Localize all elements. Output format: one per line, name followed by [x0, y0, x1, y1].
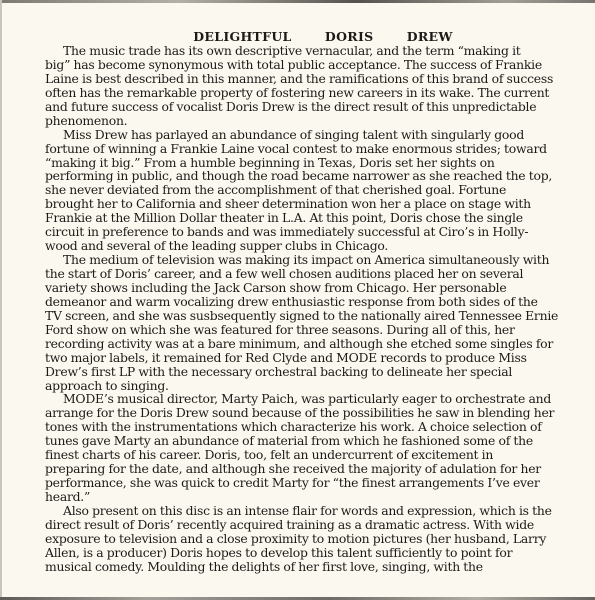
page-top-edge — [0, 0, 595, 3]
text-line: and future success of vocalist Doris Dre… — [45, 100, 565, 114]
text-line: often has the remarkable property of fos… — [45, 86, 565, 100]
text-line: demeanor and warm vocalizing drew enthus… — [45, 295, 565, 309]
text-line: Ford show on which she was featured for … — [45, 323, 565, 337]
text-line: variety shows including the Jack Carson … — [45, 281, 565, 295]
text-line: direct result of Doris’ recently acquire… — [45, 518, 565, 532]
text-line: finest charts of his career. Doris, too,… — [45, 448, 565, 462]
text-line: exposure to television and a close proxi… — [45, 532, 565, 546]
text-line: tones with the instrumentations which ch… — [45, 420, 565, 434]
text-line: arrange for the Doris Drew sound because… — [45, 406, 565, 420]
text-line: two major labels, it remained for Red Cl… — [45, 351, 565, 365]
text-line: Also present on this disc is an intense … — [45, 504, 565, 518]
text-line: Allen, is a producer) Doris hopes to dev… — [45, 546, 565, 560]
text-line: musical comedy. Moulding the delights of… — [45, 560, 565, 574]
paragraph: Miss Drew has parlayed an abundance of s… — [45, 128, 565, 253]
text-line: heard.” — [45, 490, 565, 504]
text-line: circuit in preference to bands and was i… — [45, 225, 565, 239]
text-line: fortune of winning a Frankie Laine vocal… — [45, 142, 565, 156]
text-line: TV screen, and she was susbsequently sig… — [45, 309, 565, 323]
text-line: approach to singing. — [45, 379, 565, 393]
text-line: Laine is best described in this manner, … — [45, 72, 565, 86]
text-line: recording activity was at a bare minimum… — [45, 337, 565, 351]
text-line: brought her to California and sheer dete… — [45, 197, 565, 211]
page-left-edge — [0, 0, 2, 600]
body-text: The music trade has its own descriptive … — [45, 44, 565, 574]
text-line: Drew’s first LP with the necessary orche… — [45, 365, 565, 379]
text-line: Miss Drew has parlayed an abundance of s… — [45, 128, 565, 142]
paragraph: The medium of television was making its … — [45, 253, 565, 392]
text-line: she never deviated from the accomplishme… — [45, 183, 565, 197]
paragraph: The music trade has its own descriptive … — [45, 44, 565, 128]
document-title: DELIGHTFUL DORIS DREW — [81, 29, 565, 44]
text-line: phenomenon. — [45, 114, 565, 128]
text-line: MODE’s musical director, Marty Paich, wa… — [45, 392, 565, 406]
text-line: the start of Doris’ career, and a few we… — [45, 267, 565, 281]
text-line: “making it big.” From a humble beginning… — [45, 156, 565, 170]
liner-notes-page: DELIGHTFUL DORIS DREW The music trade ha… — [45, 29, 565, 574]
text-line: big” has become synonymous with total pu… — [45, 58, 565, 72]
text-line: tunes gave Marty an abundance of materia… — [45, 434, 565, 448]
paragraph: MODE’s musical director, Marty Paich, wa… — [45, 392, 565, 504]
text-line: preparing for the date, and although she… — [45, 462, 565, 476]
text-line: The music trade has its own descriptive … — [45, 44, 565, 58]
text-line: Frankie at the Million Dollar theater in… — [45, 211, 565, 225]
text-line: wood and several of the leading supper c… — [45, 239, 565, 253]
text-line: performance, she was quick to credit Mar… — [45, 476, 565, 490]
text-line: performing in public, and though the roa… — [45, 169, 565, 183]
text-line: The medium of television was making its … — [45, 253, 565, 267]
paragraph: Also present on this disc is an intense … — [45, 504, 565, 574]
